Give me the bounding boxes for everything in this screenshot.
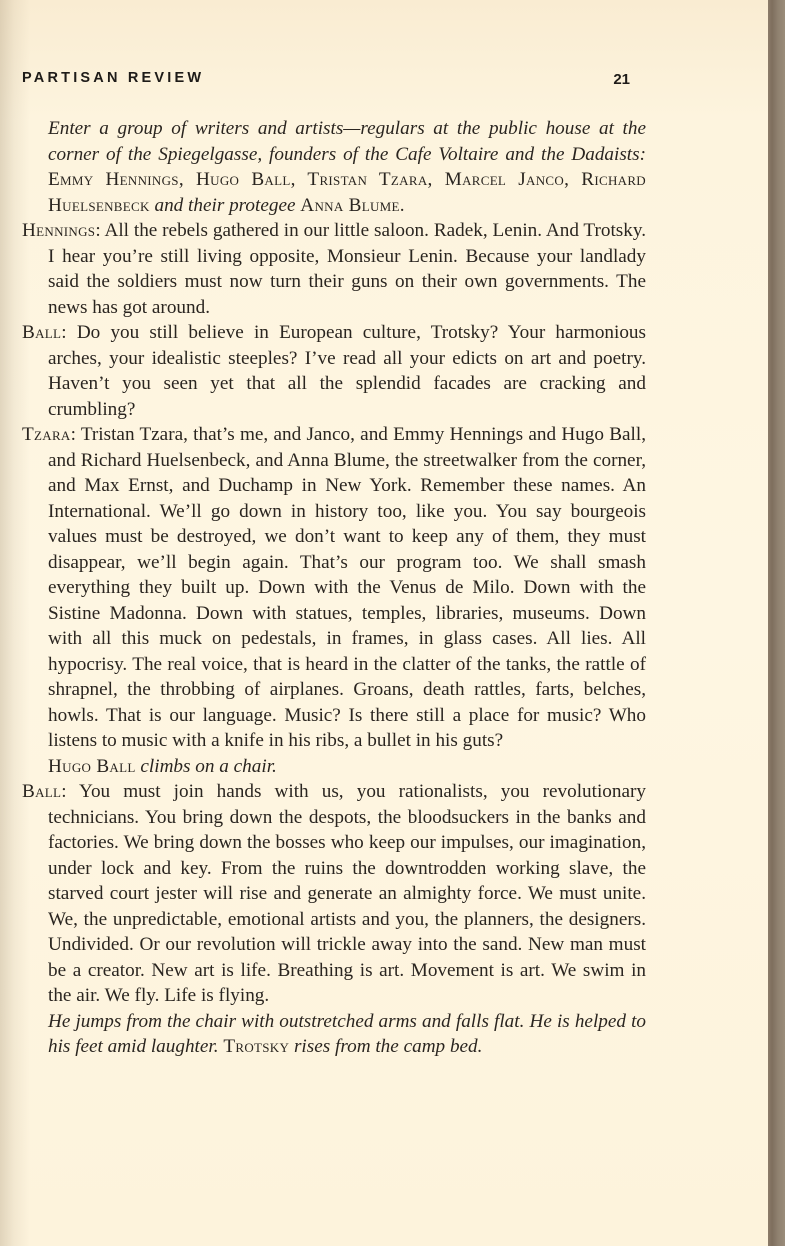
separator: : bbox=[71, 424, 81, 445]
character-name: Anna Blume bbox=[300, 195, 399, 216]
speech-text: All the rebels gathered in our little sa… bbox=[48, 220, 646, 318]
speech-text: Tristan Tzara, that’s me, and Janco, and… bbox=[48, 424, 646, 751]
speech-text: You must join hands with us, you rationa… bbox=[48, 781, 646, 1006]
closing-stage-direction: He jumps from the chair with outstretche… bbox=[22, 1009, 646, 1060]
book-binding-edge bbox=[768, 0, 785, 1246]
journal-title: PARTISAN REVIEW bbox=[22, 70, 204, 86]
speaker-name: Ball bbox=[22, 781, 61, 802]
speech-text: Do you still believe in European culture… bbox=[48, 322, 646, 420]
stage-text: Enter a group of writers and artists—reg… bbox=[48, 118, 646, 165]
stage-text: rises from the camp bed. bbox=[289, 1036, 482, 1057]
speaker-name: Tzara bbox=[22, 424, 71, 445]
running-header: PARTISAN REVIEW 21 bbox=[22, 70, 630, 90]
speech-hennings: Hennings: All the rebels gathered in our… bbox=[22, 218, 646, 320]
book-page: PARTISAN REVIEW 21 Enter a group of writ… bbox=[0, 0, 768, 1246]
stage-text: climbs on a chair. bbox=[136, 756, 277, 777]
stage-text: and their protegee bbox=[150, 195, 301, 216]
separator: : bbox=[61, 322, 77, 343]
speech-ball: Ball: Do you still believe in European c… bbox=[22, 320, 646, 422]
punctuation: . bbox=[400, 195, 405, 216]
separator: : bbox=[61, 781, 79, 802]
speech-tzara: Tzara: Tristan Tzara, that’s me, and Jan… bbox=[22, 422, 646, 754]
speech-ball-2: Ball: You must join hands with us, you r… bbox=[22, 779, 646, 1009]
speaker-name: Ball bbox=[22, 322, 61, 343]
play-text: Enter a group of writers and artists—reg… bbox=[22, 116, 646, 1060]
character-name: Trotsky bbox=[223, 1036, 289, 1057]
page-number: 21 bbox=[613, 71, 630, 88]
opening-stage-direction: Enter a group of writers and artists—reg… bbox=[22, 116, 646, 218]
character-name: Hugo Ball bbox=[48, 756, 136, 777]
mid-stage-direction: Hugo Ball climbs on a chair. bbox=[22, 754, 646, 780]
speaker-name: Hennings bbox=[22, 220, 95, 241]
